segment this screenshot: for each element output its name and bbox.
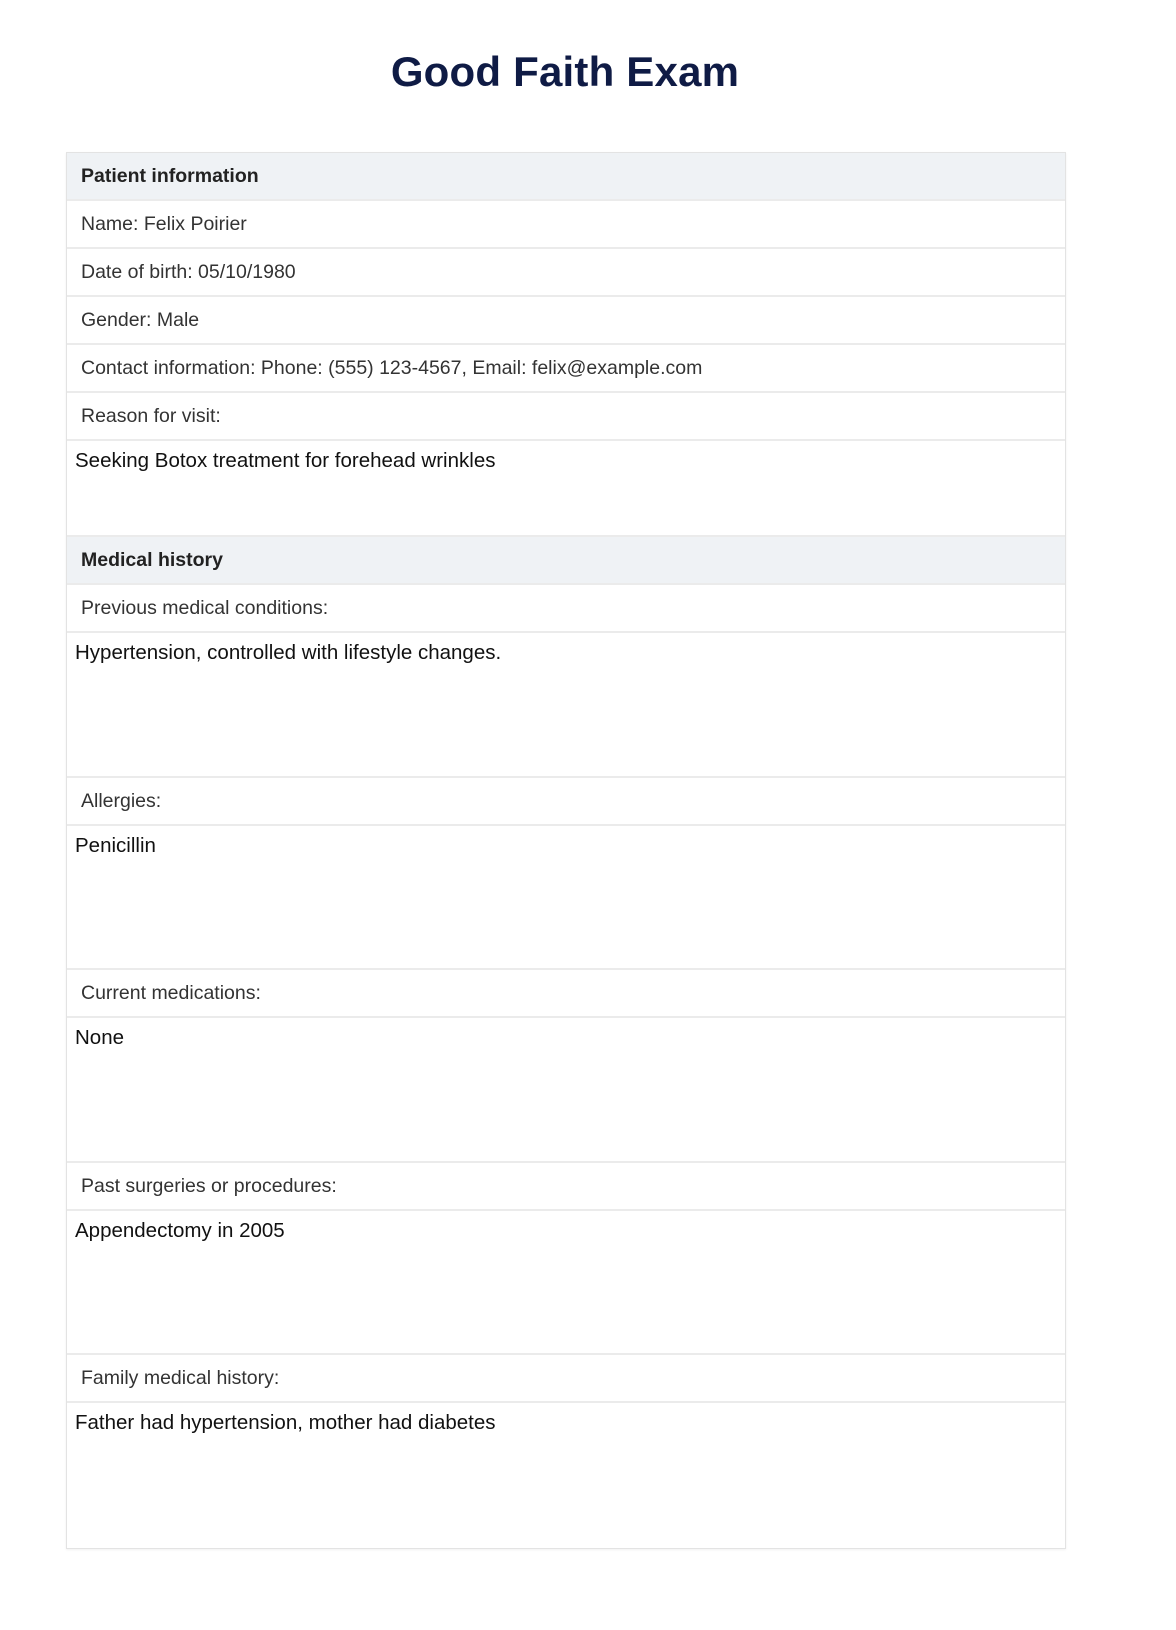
current-medications-label: Current medications: — [67, 970, 1065, 1018]
allergies-label: Allergies: — [67, 778, 1065, 826]
family-history-label: Family medical history: — [67, 1355, 1065, 1403]
family-history-value: Father had hypertension, mother had diab… — [67, 1403, 1065, 1548]
patient-name-field: Name: Felix Poirier — [67, 201, 1065, 249]
reason-for-visit-label: Reason for visit: — [67, 393, 1065, 441]
past-surgeries-label: Past surgeries or procedures: — [67, 1163, 1065, 1211]
exam-form-table: Patient information Name: Felix Poirier … — [66, 152, 1066, 1549]
reason-for-visit-value: Seeking Botox treatment for forehead wri… — [67, 441, 1065, 537]
current-medications-value: None — [67, 1018, 1065, 1163]
section-header-medical-history: Medical history — [67, 537, 1065, 585]
allergies-value: Penicillin — [67, 826, 1065, 970]
section-header-patient-information: Patient information — [67, 153, 1065, 201]
past-surgeries-value: Appendectomy in 2005 — [67, 1211, 1065, 1355]
page-title: Good Faith Exam — [0, 48, 1130, 96]
contact-information-field: Contact information: Phone: (555) 123-45… — [67, 345, 1065, 393]
previous-conditions-value: Hypertension, controlled with lifestyle … — [67, 633, 1065, 778]
date-of-birth-field: Date of birth: 05/10/1980 — [67, 249, 1065, 297]
gender-field: Gender: Male — [67, 297, 1065, 345]
previous-conditions-label: Previous medical conditions: — [67, 585, 1065, 633]
